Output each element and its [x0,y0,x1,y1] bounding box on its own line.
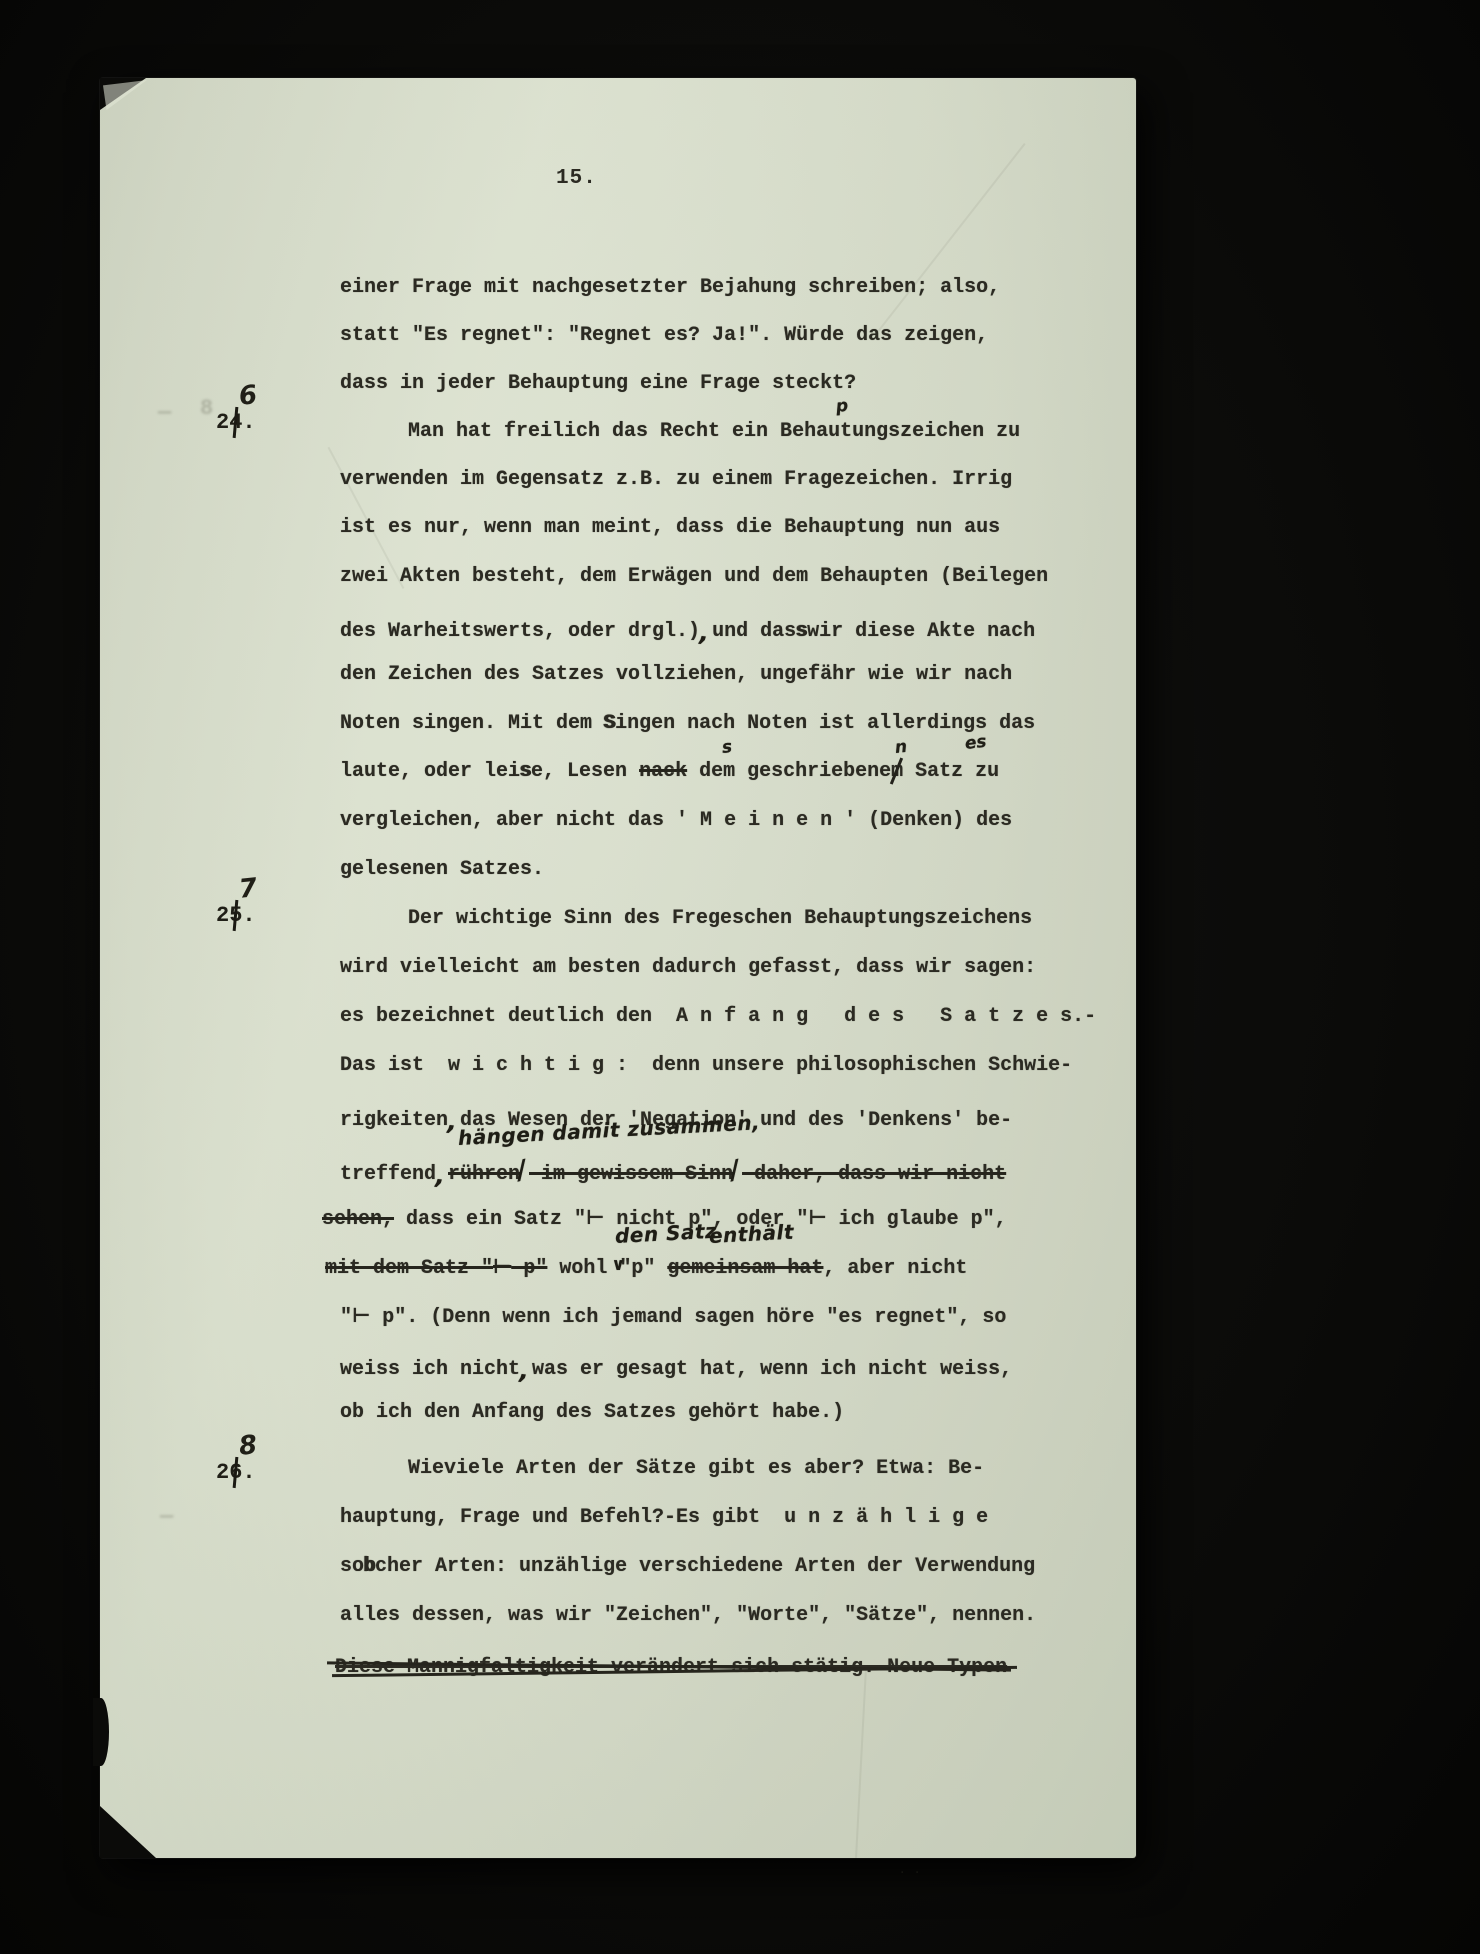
handwritten-insertion: , [699,620,713,645]
typed-text: gelesenen Satzes. [340,858,544,881]
struck-digit: 4 [229,412,242,434]
typescript-line: "⊢ p". (Denn wenn ich jemand sagen höre … [340,1305,1006,1328]
typescript-line: einer Frage mit nachgesetzter Bejahung s… [340,278,1000,298]
typed-text: m [891,762,903,782]
struck-through-text: mit dem Satz " [325,1257,493,1280]
typescript-line: zwei Akten besteht, dem Erwägen und dem … [340,567,1048,587]
typed-text: den Zeichen des Satzes vollziehen, ungef… [340,663,1012,686]
struck-through-text: gemeinsam hat [667,1257,823,1280]
typescript-line: alles dessen, was wir "Zeichen", "Worte"… [340,1606,1036,1626]
typescript-line: treffend,hängen damit zusammen,rühren/ i… [340,1158,1006,1185]
typed-text: ist es nur, wenn man meint, dass die Beh… [340,516,1000,539]
typed-text: einer Frage mit nachgesetzter Bejahung s… [340,276,1000,299]
typed-text: b [363,1555,375,1578]
ink-smudge: — [160,1506,173,1528]
typescript-line: wird vielleicht am besten dadurch gefass… [340,958,1036,978]
typescript-line: verwenden im Gegensatz z.B. zu einem Fra… [340,470,1012,490]
typed-text: ingen nach Noten ist allerdings das [615,712,1035,735]
struck-through-text: im gewissem Sinn [529,1163,733,1186]
struck-through-text: daher, dass wir nicht [742,1163,1006,1186]
handwritten-insertion: hängen damit zusammen, [457,1128,458,1148]
typed-text: S [603,712,615,735]
typed-digit: 2 [216,903,229,928]
typed-text: Noten singen. Mit dem [340,712,604,735]
typed-text: s [795,620,807,643]
typed-text: cher Arten: unzählige verschiedene Arten… [375,1555,1035,1578]
typed-text: und das [712,620,796,643]
typed-text: ⊢ [586,1205,604,1229]
typed-text: alles dessen, was wir "Zeichen", "Worte"… [340,1604,1036,1627]
struck-through-text: ⊢ [493,1254,511,1278]
typescript-line: statt "Es regnet": "Regnet es? Ja!". Wür… [340,326,988,346]
struck-through-text: nack [639,760,687,783]
typed-text: wird vielleicht am besten dadurch gefass… [340,956,1036,979]
manuscript-sheet: 15. einer Frage mit nachgesetzter Bejahu… [100,78,1136,1858]
typescript-line: den Zeichen des Satzes vollziehen, ungef… [340,665,1012,685]
typed-text: p". (Denn wenn ich jemand sagen höre "es… [370,1306,1006,1329]
marker-dot: . [242,1460,255,1485]
typed-text: ob ich den Anfang des Satzes gehört habe… [340,1401,844,1424]
typescript-line: laute, oder leise, Lesen nack dems gesch… [340,762,999,782]
typed-text: e, Lesen [531,760,639,783]
typed-text: weiss ich nicht [340,1358,520,1381]
handwritten-insertion: , [435,1163,449,1188]
typed-text: es bezeichnet deutlich den A n f a n g d… [340,1005,1096,1028]
typed-text: geschriebene [735,760,891,783]
ink-smudge: — [158,402,171,424]
typed-text: vergleichen, aber nicht das ' M e i n e … [340,809,1012,832]
section-number-marker: 26.8 [216,1462,256,1484]
handwritten-section-number: 8 [238,1432,259,1460]
typescript-line: ist es nur, wenn man meint, dass die Beh… [340,518,1000,538]
handwritten-insertion: es [964,736,966,753]
ink-smudge: 8 [200,398,213,420]
typed-text: des Warheitswerts, oder drgl.) [340,620,700,643]
handwritten-insertion: n [894,740,896,757]
typescript-line: dass in jeder Behauptung eine Frage stec… [340,374,856,394]
struck-through-text: rühren [448,1163,520,1186]
typed-text: wir diese Akte nach [807,620,1035,643]
typed-text: dem [687,760,735,783]
typed-text: statt "Es regnet": "Regnet es? Ja!". Wür… [340,324,988,347]
typed-text: verwenden im Gegensatz z.B. zu einem Fra… [340,468,1012,491]
typescript-line: Noten singen. Mit dem Singen nach Noten … [340,714,1035,734]
typed-text: dass ein Satz " [394,1208,586,1231]
typescript-line: des Warheitswerts, oder drgl.),und dassw… [340,616,1035,642]
typescript-line: Diese Mannigfaltigkeit verändert sich st… [335,1658,1007,1678]
typed-text: zwei Akten besteht, dem Erwägen und dem … [340,565,1048,588]
handwritten-insertion: p [835,399,837,416]
typescript-line: ob ich den Anfang des Satzes gehört habe… [340,1403,844,1423]
typescript-line: sobcher Arten: unzählige verschiedene Ar… [340,1557,1035,1577]
typescript-line: Man hat freilich das Recht ein Behauptun… [408,422,1020,442]
typescript-line: Der wichtige Sinn des Fregeschen Behaupt… [408,909,1032,929]
torn-edge-notch [93,1698,109,1766]
faint-mark: · · [900,1866,922,1880]
struck-through-text: sehen, [322,1208,394,1231]
handwritten-insertion: den Satz [615,1226,616,1246]
struck-digit: 5 [229,905,242,927]
typed-text: Wieviele Arten der Sätze gibt es aber? E… [408,1457,984,1480]
section-number-marker: 25.7 [216,905,256,927]
paper-crease [855,1668,867,1858]
typed-text: hauptung, Frage und Befehl?-Es gibt u n … [340,1506,988,1529]
handwritten-section-number: 7 [238,875,259,903]
typed-text: , aber nicht [823,1257,967,1280]
handwritten-insertion: s [721,740,723,757]
typescript-line: hauptung, Frage und Befehl?-Es gibt u n … [340,1508,988,1528]
typed-text: ich glaube p", [827,1208,1007,1231]
page-number: 15. [556,168,597,189]
typed-text: Man hat freilich das Recht ein Behau [408,420,840,443]
typed-text: ⊢ [352,1303,370,1327]
section-number-marker: 24.6 [216,412,256,434]
typescript-line: mit dem Satz "⊢ p" wohl∨den Satz "p" ent… [325,1256,967,1279]
typed-text: rigkeiten [340,1109,448,1132]
typescript-line: Das ist w i c h t i g : denn unsere phil… [340,1056,1072,1076]
typed-text: zu [963,760,999,783]
typed-text: s [519,760,531,783]
marker-dot: . [242,410,255,435]
typed-text: Das ist w i c h t i g : denn unsere phil… [340,1054,1072,1077]
typed-text: Satz [903,760,963,783]
typed-text: ⊢ [808,1205,826,1229]
marker-dot: . [242,903,255,928]
typed-text: so [340,1555,364,1578]
struck-digit: 6 [229,1462,242,1484]
handwritten-section-number: 6 [238,382,259,410]
struck-through-text: p" [511,1257,547,1280]
typescript-line: Wieviele Arten der Sätze gibt es aber? E… [408,1459,984,1479]
typed-text: Der wichtige Sinn des Fregeschen Behaupt… [408,907,1032,930]
typed-text: treffend [340,1163,436,1186]
handwritten-insertion: , [519,1358,533,1383]
typescript-line: es bezeichnet deutlich den A n f a n g d… [340,1007,1096,1027]
handwritten-insertion: enthält [709,1226,710,1246]
scanned-page-background: 15. einer Frage mit nachgesetzter Bejahu… [0,0,1480,1954]
typed-text: tungszeichen zu [840,420,1020,443]
typescript-line: weiss ich nicht,was er gesagt hat, wenn … [340,1354,1012,1380]
typed-digit: 2 [216,1460,229,1485]
typescript-line: gelesenen Satzes. [340,860,544,880]
paper-crease [876,143,1025,333]
typed-text: wohl [547,1257,607,1280]
typescript-line: vergleichen, aber nicht das ' M e i n e … [340,811,1012,831]
typed-text: was er gesagt hat, wenn ich nicht weiss, [532,1358,1012,1381]
typed-text: " [340,1306,352,1329]
typed-text: laute, oder lei [340,760,520,783]
struck-through-text: Diese Mannigfaltigkeit verändert sich st… [335,1658,1007,1678]
typed-digit: 2 [216,410,229,435]
typed-text: dass in jeder Behauptung eine Frage stec… [340,372,856,395]
